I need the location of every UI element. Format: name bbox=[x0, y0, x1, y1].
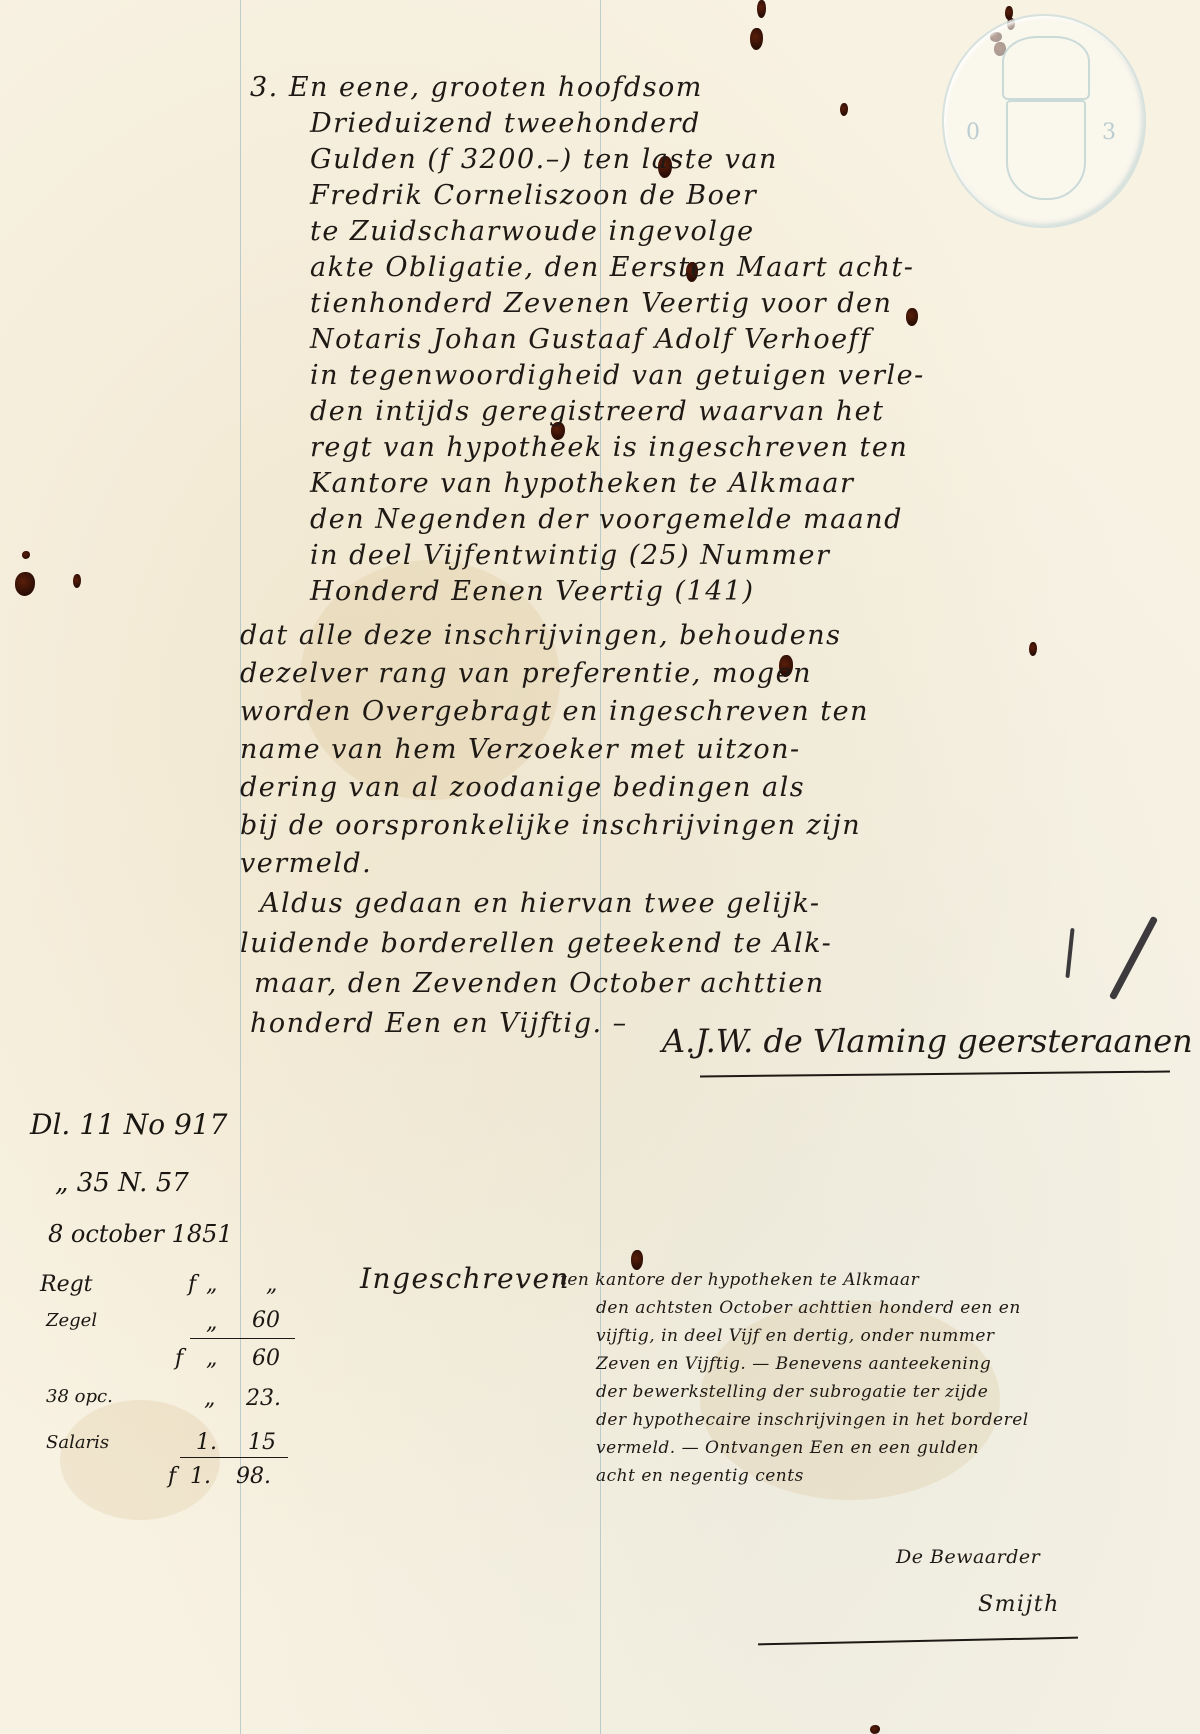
closing-line: honderd Een en Vijftig. – bbox=[250, 1008, 628, 1039]
seal-mark-right: 3 bbox=[1102, 120, 1116, 145]
fee-guilders: „ bbox=[204, 1386, 215, 1411]
registration-line: der bewerkstelling der subrogatie ter zi… bbox=[596, 1382, 988, 1402]
text-line: name van hem Verzoeker met uitzon- bbox=[240, 734, 801, 765]
text-line: te Zuidscharwoude ingevolge bbox=[310, 216, 755, 247]
text-line: in deel Vijfentwintig (25) Nummer bbox=[310, 540, 830, 571]
reference-line: 8 october 1851 bbox=[48, 1220, 233, 1248]
text-line: akte Obligatie, den Eersten Maart acht- bbox=[310, 252, 914, 283]
text-line: Drieduizend tweehonderd bbox=[310, 108, 701, 139]
closing-line: Aldus gedaan en hiervan twee gelijk- bbox=[260, 888, 821, 919]
text-line: regt van hypotheek is ingeschreven ten bbox=[310, 432, 908, 463]
text-line: dezelver rang van preferentie, mogen bbox=[240, 658, 812, 689]
fee-total-cents: 98. bbox=[236, 1464, 271, 1489]
fee-guilders: „ bbox=[206, 1310, 217, 1335]
text-line: dering van al zoodanige bedingen als bbox=[240, 772, 805, 803]
embossed-seal: 0 3 bbox=[942, 14, 1146, 228]
text-line: bij de oorspronkelijke inschrijvingen zi… bbox=[240, 810, 861, 841]
fee-label: Salaris bbox=[46, 1432, 109, 1453]
closing-line: luidende borderellen geteekend te Alk- bbox=[240, 928, 832, 959]
registration-line: der hypothecaire inschrijvingen in het b… bbox=[596, 1410, 1029, 1430]
registration-line: ten kantore der hypotheken te Alkmaar bbox=[560, 1270, 919, 1290]
fee-cents: 23. bbox=[246, 1386, 281, 1411]
officer-title: De Bewaarder bbox=[896, 1546, 1040, 1568]
fee-guilders: 1. bbox=[196, 1430, 217, 1455]
fee-guilders: „ bbox=[206, 1346, 217, 1371]
crown-icon bbox=[1002, 36, 1090, 100]
fee-guilders: 1. bbox=[190, 1464, 211, 1489]
fee-cents: 60 bbox=[252, 1308, 280, 1333]
fee-cents: 15 bbox=[248, 1430, 276, 1455]
text-line: den intijds geregistreerd waarvan het bbox=[310, 396, 885, 427]
text-line: Gulden (f 3200.–) ten laste van bbox=[310, 144, 778, 175]
text-line: dat alle deze inschrijvingen, behoudens bbox=[240, 620, 842, 651]
text-line: Honderd Eenen Veertig (141) bbox=[310, 576, 755, 607]
seal-mark-left: 0 bbox=[966, 120, 980, 145]
closing-line: maar, den Zevenden October achttien bbox=[254, 968, 825, 999]
text-line: Fredrik Corneliszoon de Boer bbox=[310, 180, 757, 211]
fee-label: 38 opc. bbox=[46, 1386, 113, 1407]
fee-cents: „ bbox=[266, 1272, 277, 1297]
registration-line: vermeld. — Ontvangen Een en een gulden bbox=[596, 1438, 979, 1458]
fee-guilders: „ bbox=[206, 1272, 217, 1297]
fee-currency: f bbox=[175, 1346, 183, 1371]
text-line: in tegenwoordigheid van getuigen verle- bbox=[310, 360, 925, 391]
fees-subtotal-rule bbox=[190, 1338, 295, 1339]
text-line: Kantore van hypotheken te Alkmaar bbox=[310, 468, 854, 499]
text-line: 3. En eene, grooten hoofdsom bbox=[250, 72, 703, 103]
registration-line: acht en negentig cents bbox=[596, 1466, 804, 1486]
shield-icon bbox=[1006, 100, 1086, 200]
registration-lead: Ingeschreven bbox=[360, 1262, 570, 1295]
text-line: Notaris Johan Gustaaf Adolf Verhoeff bbox=[310, 324, 872, 355]
reference-line: Dl. 11 No 917 bbox=[30, 1108, 227, 1141]
fee-cents: 60 bbox=[252, 1346, 280, 1371]
text-line: den Negenden der voorgemelde maand bbox=[310, 504, 903, 535]
registration-line: den achtsten October achttien honderd ee… bbox=[596, 1298, 1021, 1318]
fee-currency: f bbox=[168, 1464, 176, 1489]
fee-label: Zegel bbox=[46, 1310, 97, 1331]
registration-line: vijftig, in deel Vijf en dertig, onder n… bbox=[596, 1326, 995, 1346]
foxing-stain bbox=[60, 1400, 220, 1520]
officer-signature: Smijth bbox=[978, 1592, 1060, 1617]
registration-line: Zeven en Vijftig. — Benevens aanteekenin… bbox=[596, 1354, 991, 1374]
reference-line: „ 35 N. 57 bbox=[55, 1168, 189, 1198]
fees-total-rule bbox=[180, 1457, 288, 1458]
text-line: worden Overgebragt en ingeschreven ten bbox=[240, 696, 869, 727]
text-line: vermeld. bbox=[240, 848, 372, 879]
notary-signature: A.J.W. de Vlaming geersteraanen bbox=[662, 1022, 1193, 1060]
fee-currency: f bbox=[188, 1272, 196, 1297]
fee-label: Regt bbox=[40, 1272, 93, 1297]
text-line: tienhonderd Zevenen Veertig voor den bbox=[310, 288, 892, 319]
